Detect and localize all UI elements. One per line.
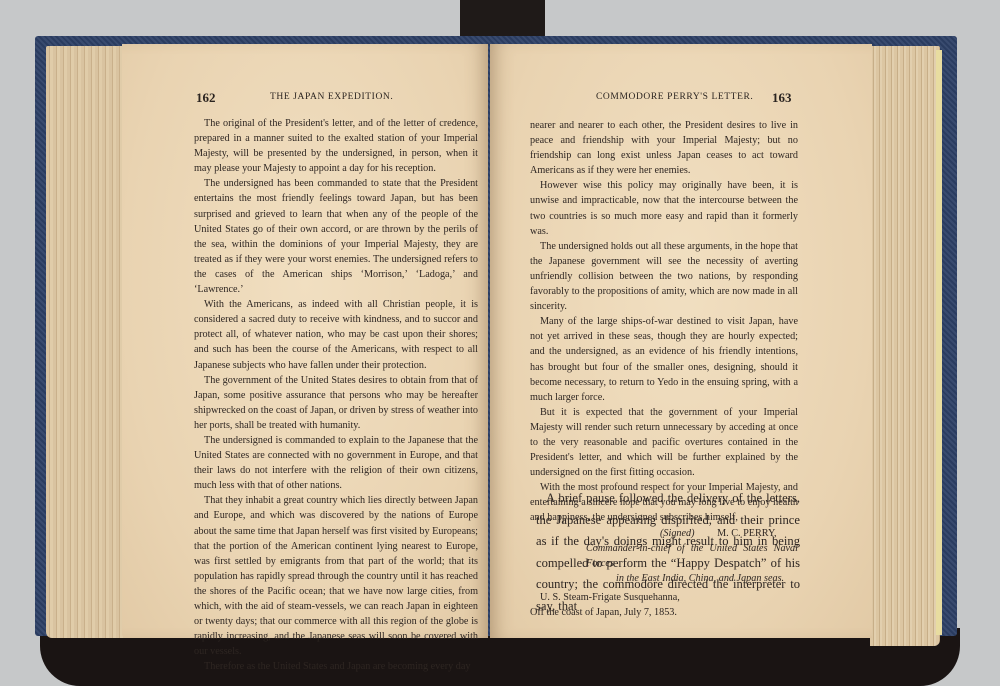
right-page: COMMODORE PERRY'S LETTER. 163 nearer and…	[490, 44, 872, 638]
page-number: 162	[196, 90, 216, 106]
narrative-text: A brief pause followed the delivery of t…	[536, 488, 800, 618]
paragraph: Therefore as the United States and Japan…	[194, 659, 478, 674]
page-number: 163	[772, 90, 792, 106]
paragraph: The undersigned is commanded to explain …	[194, 433, 478, 493]
endsheet	[936, 50, 942, 635]
running-head: THE JAPAN EXPEDITION.	[270, 92, 393, 102]
paragraph: But it is expected that the government o…	[530, 405, 798, 480]
background-shadow	[460, 0, 545, 40]
paragraph: However wise this policy may originally …	[530, 178, 798, 238]
paragraph: The undersigned has been commanded to st…	[194, 176, 478, 297]
paragraph: A brief pause followed the delivery of t…	[536, 488, 800, 618]
paragraph: That they inhabit a great country which …	[194, 493, 478, 659]
left-page: 162 THE JAPAN EXPEDITION. The original o…	[122, 44, 488, 638]
paragraph: Many of the large ships-of-war destined …	[530, 314, 798, 405]
running-head: COMMODORE PERRY'S LETTER.	[596, 92, 753, 102]
paragraph: The government of the United States desi…	[194, 373, 478, 433]
paragraph: nearer and nearer to each other, the Pre…	[530, 118, 798, 178]
paragraph: The original of the President's letter, …	[194, 116, 478, 176]
page-edges-right	[870, 46, 940, 646]
paragraph: The undersigned holds out all these argu…	[530, 239, 798, 314]
body-text: The original of the President's letter, …	[194, 116, 478, 674]
page-edges-left	[46, 46, 126, 638]
paragraph: With the Americans, as indeed with all C…	[194, 297, 478, 372]
